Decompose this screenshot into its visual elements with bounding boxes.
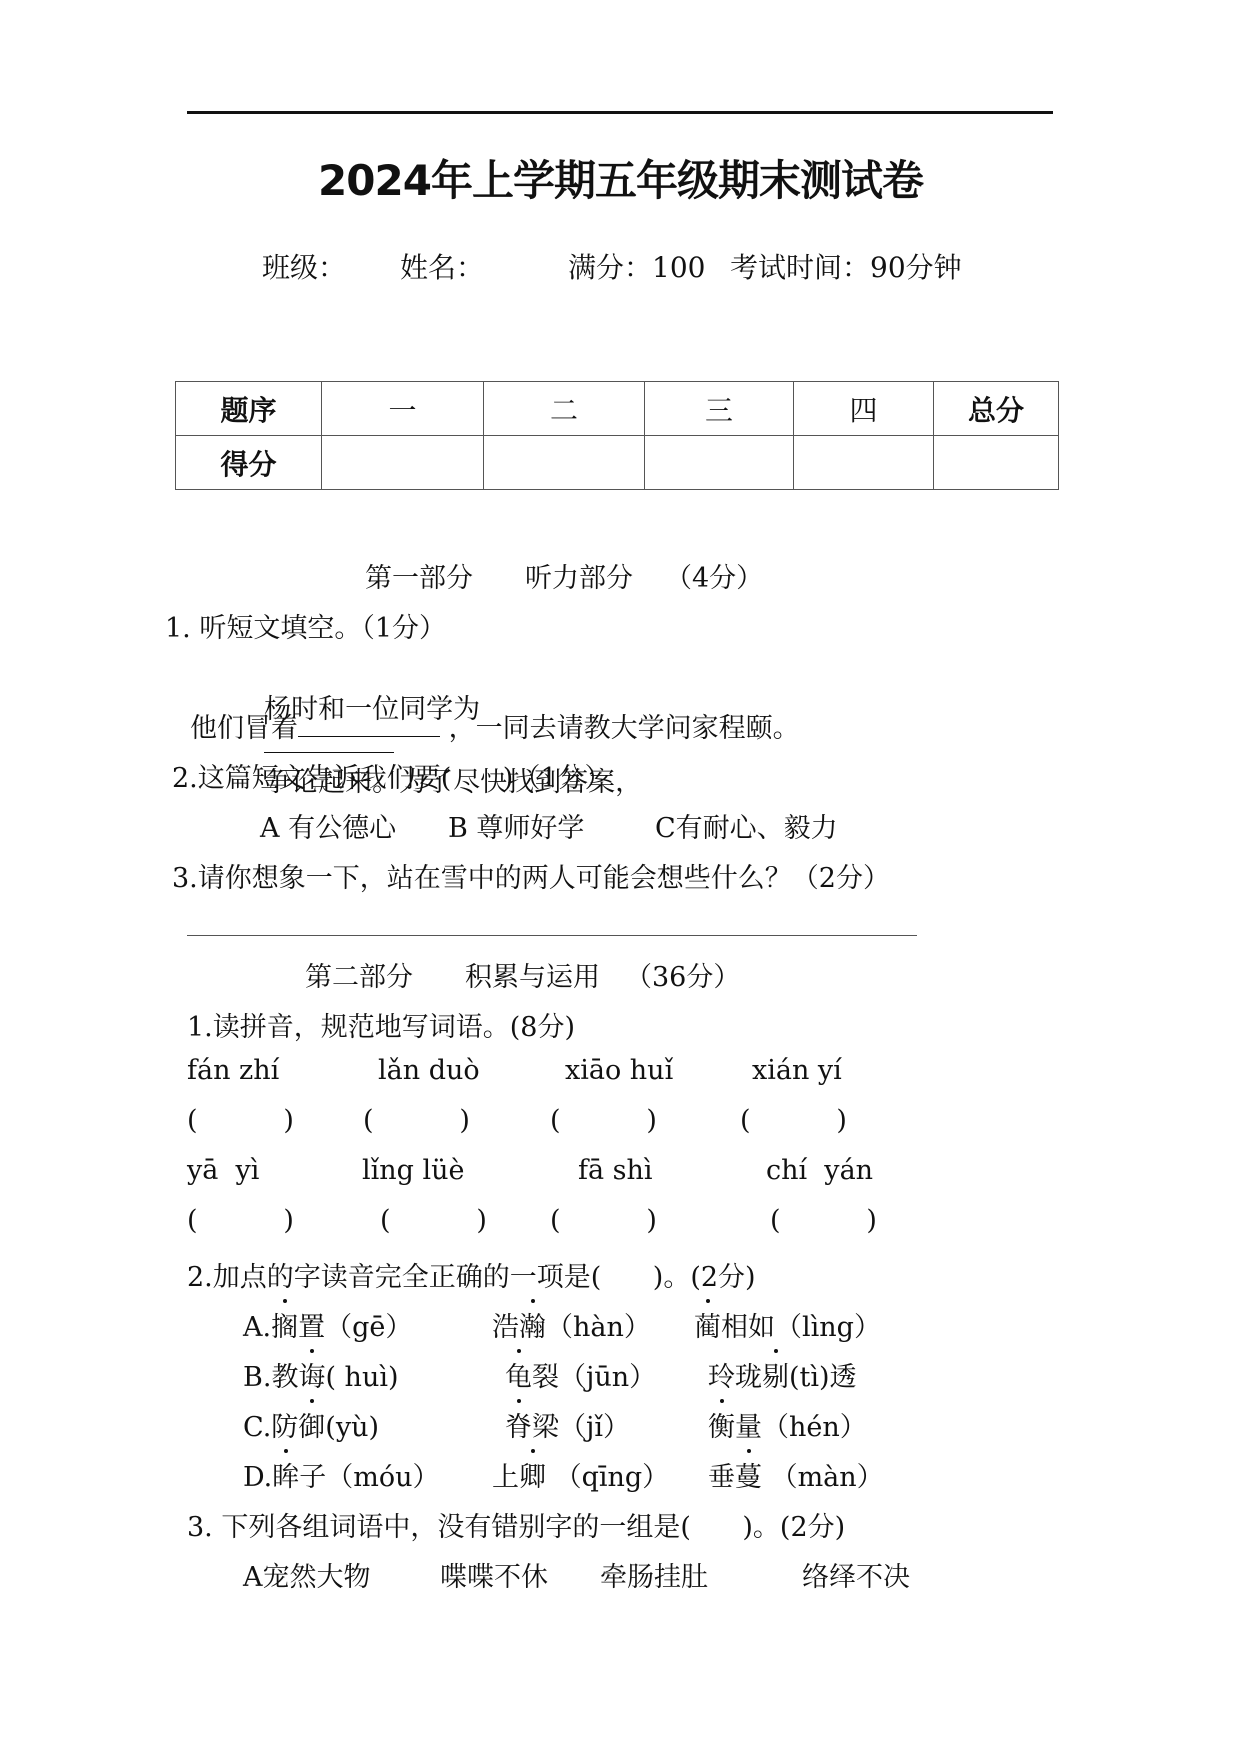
text: 量（hén）: [735, 1412, 867, 1443]
p2-q2-option-a-item3: 蔺相如（lìng）: [694, 1305, 881, 1344]
p2-q3-stem: 3. 下列各组词语中，没有错别字的一组是( )。(2分): [187, 1505, 845, 1544]
pinyin: xiāo huǐ: [565, 1055, 673, 1086]
answer-line[interactable]: [187, 935, 917, 936]
p2-q3-option-a-2: 喋喋不休: [440, 1555, 548, 1594]
p2-q2-option-b-item2: 龟裂（jūn）: [505, 1355, 656, 1394]
dotted-char: 诲: [298, 1355, 325, 1394]
answer-blank[interactable]: ( ): [770, 1205, 877, 1236]
dotted-char: 眸: [272, 1455, 299, 1494]
pinyin: lǎn duò: [378, 1055, 480, 1086]
dotted-char: 衡: [708, 1405, 735, 1444]
text: 子（móu）: [299, 1462, 439, 1493]
p2-q2-option-b-item3: 玲珑剔(tì)透: [708, 1355, 857, 1394]
score-input-cell[interactable]: [484, 436, 645, 490]
text: 相如（lìng）: [721, 1312, 881, 1343]
answer-blank[interactable]: ( ): [550, 1205, 657, 1236]
option-c: C有耐心、毅力: [655, 806, 838, 845]
dotted-char: 瀚: [519, 1305, 546, 1344]
answer-blank[interactable]: ( ): [363, 1105, 470, 1136]
p2-q2-option-d: D.眸子（móu）: [243, 1455, 440, 1494]
score-table: 题序 一 二 三 四 总分 得分: [175, 381, 1059, 490]
dotted-char: 龟: [505, 1355, 532, 1394]
p2-q2-option-c-item3: 衡量（hén）: [708, 1405, 867, 1444]
dotted-char: 蔓: [735, 1455, 762, 1494]
text: 玲珑: [708, 1362, 762, 1393]
part2-subtitle: 积累与运用: [465, 955, 600, 994]
text: 防: [271, 1412, 298, 1443]
p2-q3-option-a-1: A宠然大物: [243, 1555, 371, 1594]
part1-subtitle: 听力部分: [525, 556, 633, 595]
p2-q3-option-a-4: 络绎不决: [802, 1555, 910, 1594]
text: ( huì): [325, 1362, 398, 1393]
dotted-char: 剔: [762, 1355, 789, 1394]
text: (tì)透: [789, 1362, 857, 1393]
score-table-header-row: 题序 一 二 三 四 总分: [176, 382, 1059, 436]
text: （hàn）: [546, 1312, 651, 1343]
pinyin: fán zhí: [187, 1055, 279, 1086]
table-cell: 总分: [934, 382, 1059, 436]
name-label: 姓名：: [400, 246, 484, 286]
option-label: B.: [243, 1362, 271, 1393]
table-cell: 三: [645, 382, 794, 436]
pinyin: xián yí: [752, 1055, 842, 1086]
p1-q2-stem: 2.这篇短文告诉我们要( )（1分）: [172, 756, 612, 795]
p2-q2-stem: 2.加点的字读音完全正确的一项是( )。(2分): [187, 1255, 756, 1294]
p2-q2-option-d-item3: 垂蔓 （màn）: [708, 1455, 884, 1494]
dotted-char: 御: [298, 1405, 325, 1444]
part2-title: 第二部分: [305, 955, 413, 994]
text: 置（gē）: [298, 1312, 412, 1343]
p1-q1-line2-a: 他们冒着: [190, 713, 298, 744]
text: 教: [271, 1362, 298, 1393]
score-input-cell[interactable]: [322, 436, 484, 490]
option-label: A.: [243, 1312, 271, 1343]
option-label: C.: [243, 1412, 271, 1443]
p1-q1-text2: 他们冒着 ，一同去请教大学问家程颐。: [190, 706, 800, 745]
answer-blank[interactable]: ( ): [740, 1105, 847, 1136]
table-cell: 四: [794, 382, 934, 436]
pinyin: yā yì: [187, 1155, 259, 1186]
p2-q2-option-c-item2: 脊梁（jǐ）: [505, 1405, 630, 1444]
part2-points: （36分）: [625, 955, 740, 994]
p2-q3-option-a-3: 牵肠挂肚: [600, 1555, 708, 1594]
table-cell: 二: [484, 382, 645, 436]
table-cell: 一: [322, 382, 484, 436]
option-a: A 有公德心: [260, 806, 396, 845]
p1-q3-stem: 3.请你想象一下，站在雪中的两人可能会想些什么？（2分）: [172, 856, 890, 895]
p2-q2-option-b: B.教诲( huì): [243, 1355, 399, 1394]
answer-blank[interactable]: ( ): [187, 1205, 294, 1236]
page-title: 2024年上学期五年级期末测试卷: [0, 148, 1241, 208]
dotted-char: 搁: [271, 1305, 298, 1344]
score-input-cell[interactable]: [934, 436, 1059, 490]
text: 上: [492, 1462, 519, 1493]
p1-q1-line2-b: ，一同去请教大学问家程颐。: [449, 713, 800, 744]
text: 梁（jǐ）: [532, 1412, 630, 1443]
dotted-char: 蔺: [694, 1305, 721, 1344]
score-input-cell[interactable]: [645, 436, 794, 490]
answer-blank[interactable]: ( ): [187, 1105, 294, 1136]
score-input-cell[interactable]: [794, 436, 934, 490]
exam-time: 考试时间：90分钟: [730, 246, 962, 286]
answer-blank[interactable]: ( ): [380, 1205, 487, 1236]
p2-q1-stem: 1.读拼音，规范地写词语。(8分): [187, 1005, 575, 1044]
option-b: B 尊师好学: [448, 806, 584, 845]
text: (yù): [325, 1412, 379, 1443]
pinyin: lǐng lüè: [362, 1155, 465, 1186]
p1-q1-stem: 1. 听短文填空。（1分）: [165, 606, 446, 645]
text: 浩: [492, 1312, 519, 1343]
part1-points: （4分）: [665, 556, 763, 595]
pinyin: fā shì: [578, 1155, 653, 1186]
p2-q2-option-c: C.防御(yù): [243, 1405, 379, 1444]
dotted-char: 脊: [505, 1405, 532, 1444]
p2-q2-option-a: A.搁置（gē）: [243, 1305, 412, 1344]
answer-blank[interactable]: ( ): [550, 1105, 657, 1136]
option-label: D.: [243, 1462, 272, 1493]
top-rule: [187, 111, 1053, 114]
full-score: 满分：100: [568, 246, 705, 286]
table-cell: 得分: [176, 436, 322, 490]
p2-q2-option-a-item2: 浩瀚（hàn）: [492, 1305, 651, 1344]
dotted-char: 卿: [519, 1455, 546, 1494]
table-cell: 题序: [176, 382, 322, 436]
score-table-score-row: 得分: [176, 436, 1059, 490]
text: （màn）: [762, 1462, 884, 1493]
part1-title: 第一部分: [365, 556, 473, 595]
pinyin: chí yán: [766, 1155, 873, 1186]
p2-q2-option-d-item2: 上卿 （qīng）: [492, 1455, 669, 1494]
fill-blank[interactable]: [298, 710, 440, 737]
text: （qīng）: [546, 1462, 669, 1493]
text: 裂（jūn）: [532, 1362, 656, 1393]
text: 垂: [708, 1462, 735, 1493]
class-label: 班级：: [262, 246, 346, 286]
